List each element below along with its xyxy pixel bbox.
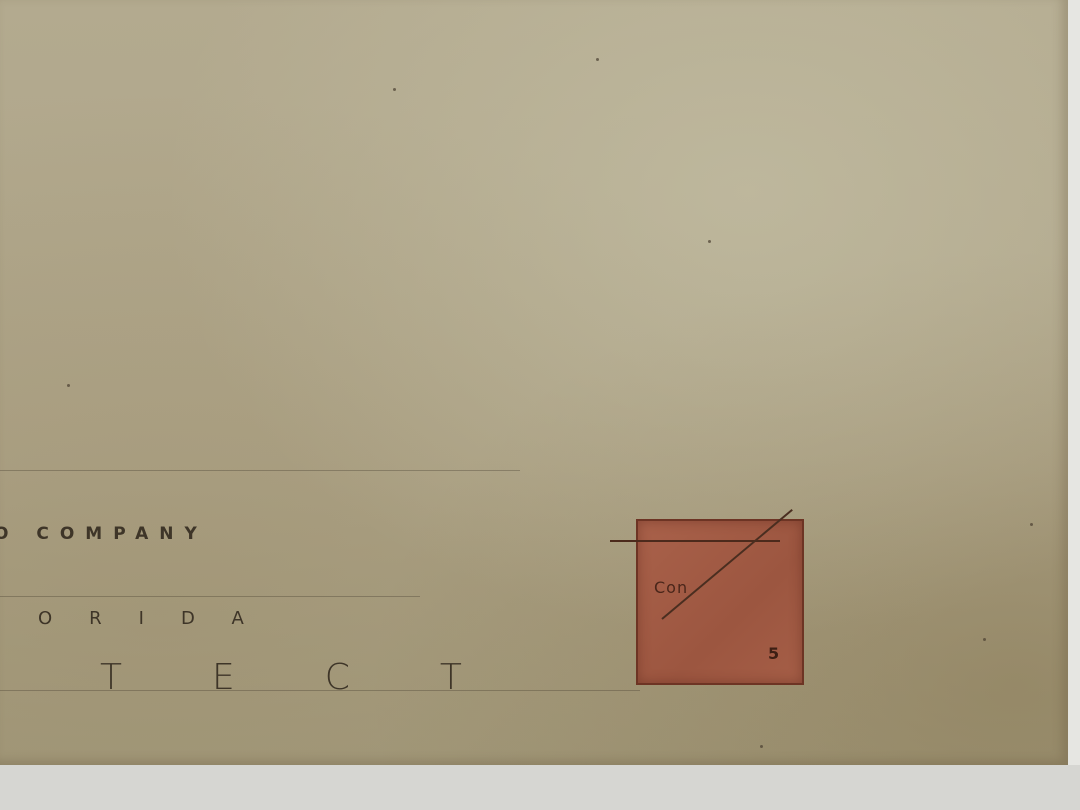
paper-speck [393, 88, 396, 91]
stamp-number: 5 [768, 644, 779, 663]
stamp-text: Con [654, 578, 688, 597]
architect-lettering: TECT [100, 657, 552, 698]
photo-border-bottom [0, 765, 1080, 810]
guide-line [0, 596, 420, 597]
paper-speck [596, 58, 599, 61]
paper-speck [1030, 523, 1033, 526]
company-lettering: O COMPANY [0, 524, 208, 544]
guide-line [0, 470, 520, 471]
paper-speck [760, 745, 763, 748]
paper-speck [67, 384, 70, 387]
paper-speck [708, 240, 711, 243]
paper-speck [983, 638, 986, 641]
photo-border-right [1068, 0, 1080, 810]
florida-lettering: ORIDA [38, 608, 281, 629]
drawing-paper [0, 0, 1068, 765]
